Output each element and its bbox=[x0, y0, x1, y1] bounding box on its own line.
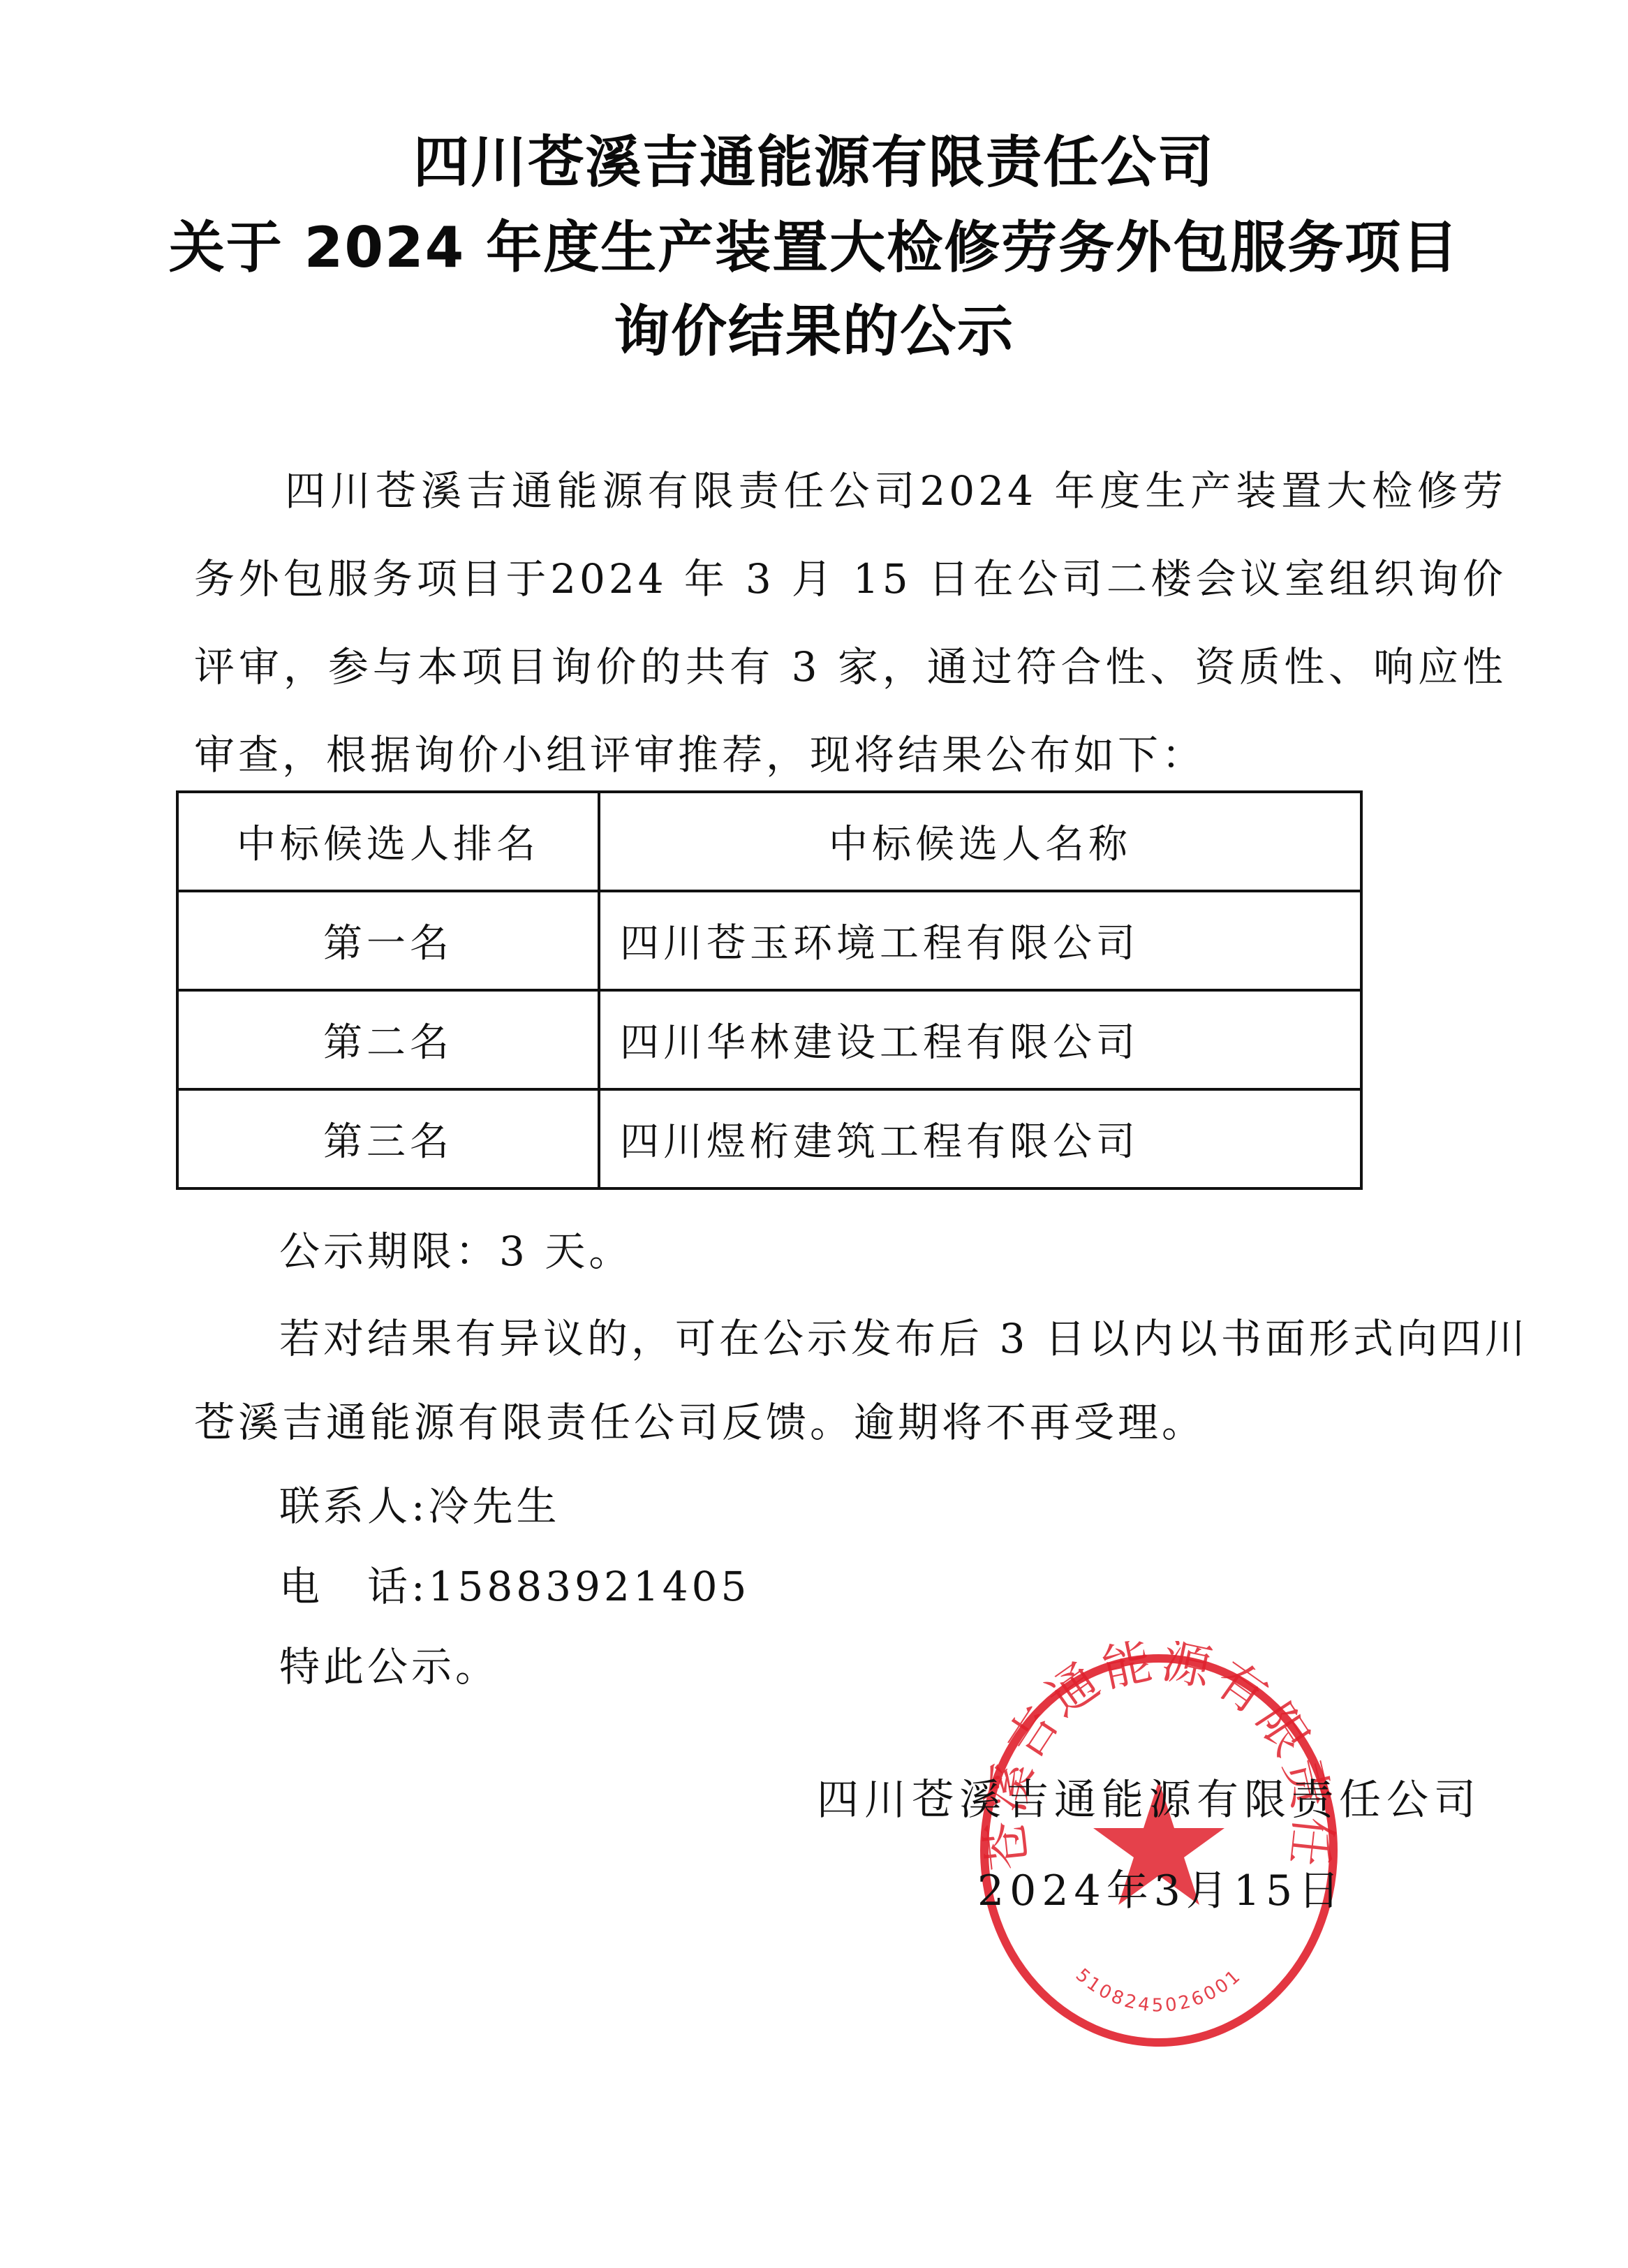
company-cell: 四川华林建设工程有限公司 bbox=[599, 990, 1361, 1089]
table-row: 第一名 四川苍玉环境工程有限公司 bbox=[177, 891, 1361, 990]
company-cell: 四川煜桁建筑工程有限公司 bbox=[599, 1089, 1361, 1188]
title-line-3: 询价结果的公示 bbox=[0, 286, 1628, 367]
results-table: 中标候选人排名 中标候选人名称 第一名 四川苍玉环境工程有限公司 第二名 四川华… bbox=[176, 790, 1363, 1190]
publicity-period: 公示期限：3 天。 bbox=[279, 1218, 632, 1277]
rank-cell: 第一名 bbox=[177, 891, 599, 990]
contact-person: 联系人:冷先生 bbox=[279, 1473, 561, 1532]
intro-paragraph: 四川苍溪吉通能源有限责任公司2024 年度生产装置大检修劳务外包服务项目于202… bbox=[194, 447, 1507, 799]
header-name: 中标候选人名称 bbox=[599, 792, 1361, 891]
objection-text-1: 若对结果有异议的，可在公示发布后 3 日以内以书面形式向四川 bbox=[279, 1306, 1529, 1364]
table-row: 第二名 四川华林建设工程有限公司 bbox=[177, 990, 1361, 1089]
title-line-2: 关于 2024 年度生产装置大检修劳务外包服务项目 bbox=[0, 202, 1628, 283]
rank-cell: 第三名 bbox=[177, 1089, 599, 1188]
closing-text: 特此公示。 bbox=[279, 1634, 499, 1693]
signature-date: 2024年3月15日 bbox=[977, 1857, 1345, 1917]
table-row: 第三名 四川煜桁建筑工程有限公司 bbox=[177, 1089, 1361, 1188]
signature-company: 四川苍溪吉通能源有限责任公司 bbox=[817, 1767, 1481, 1827]
table-header-row: 中标候选人排名 中标候选人名称 bbox=[177, 792, 1361, 891]
objection-text-2: 苍溪吉通能源有限责任公司反馈。逾期将不再受理。 bbox=[194, 1390, 1206, 1448]
title-line-1: 四川苍溪吉通能源有限责任公司 bbox=[0, 117, 1628, 198]
header-rank: 中标候选人排名 bbox=[177, 792, 599, 891]
svg-text:5108245026001: 5108245026001 bbox=[1072, 1965, 1246, 2017]
contact-phone: 电 话:15883921405 bbox=[279, 1554, 750, 1612]
company-seal-icon: 四川苍溪吉通能源有限责任公司 5108245026001 bbox=[963, 1641, 1354, 2060]
rank-cell: 第二名 bbox=[177, 990, 599, 1089]
company-cell: 四川苍玉环境工程有限公司 bbox=[599, 891, 1361, 990]
